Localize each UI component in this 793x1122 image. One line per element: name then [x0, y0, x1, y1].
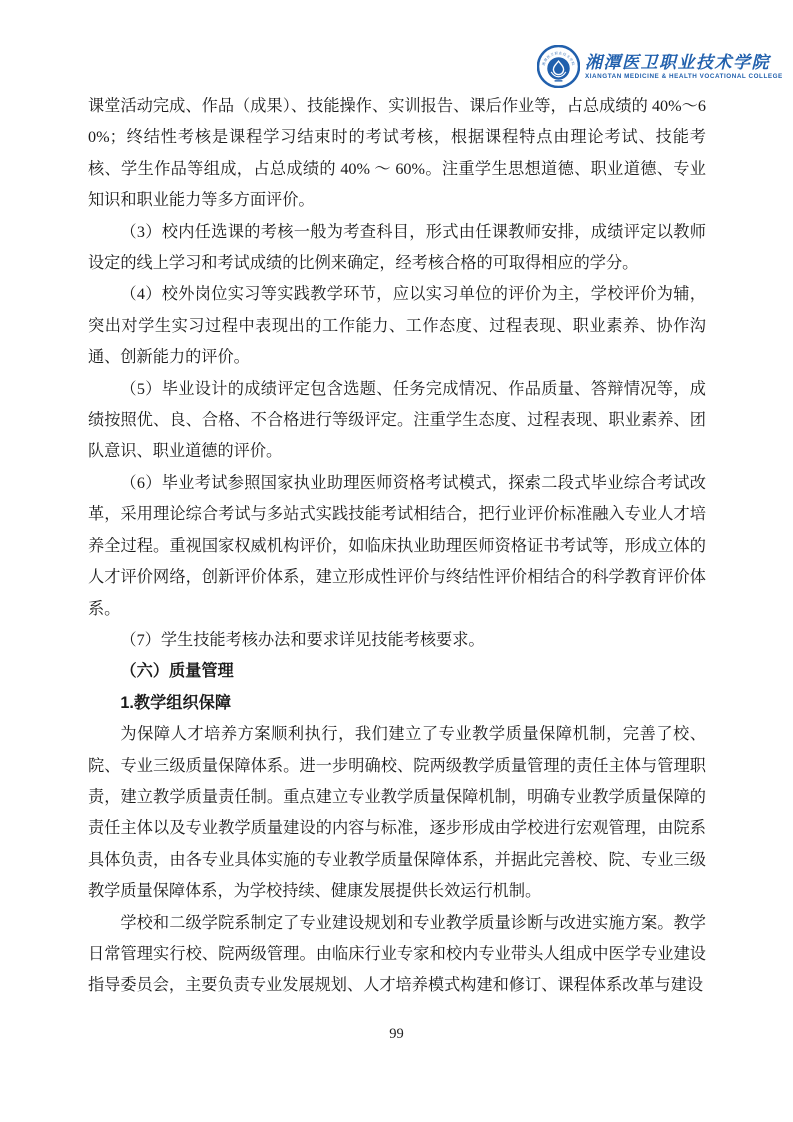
document-body: 课堂活动完成、作品（成果）、技能操作、实训报告、课后作业等，占总成绩的 40%～…	[88, 91, 706, 1002]
paragraph: （6）毕业考试参照国家执业助理医师资格考试模式，探索二段式毕业综合考试改革，采用…	[88, 468, 706, 625]
college-name-english: XIANGTAN MEDICINE & HEALTH VOCATIONAL CO…	[585, 73, 783, 80]
paragraph: （5）毕业设计的成绩评定包含选题、任务完成情况、作品质量、答辩情况等，成绩按照优…	[88, 374, 706, 468]
college-emblem-icon: 湘潭医卫职业技术学院	[537, 45, 580, 88]
college-name-calligraphy: 湘潭医卫职业技术学院	[585, 53, 783, 72]
paragraph: 学校和二级学院系制定了专业建设规划和专业教学质量诊断与改进实施方案。教学日常管理…	[88, 908, 706, 1002]
paragraph: （4）校外岗位实习等实践教学环节，应以实习单位的评价为主，学校评价为辅，突出对学…	[88, 279, 706, 373]
college-logo: 湘潭医卫职业技术学院 湘潭医卫职业技术学院 XIANGTAN MEDICINE …	[537, 45, 783, 88]
page-number: 99	[0, 1026, 793, 1043]
section-heading1: （六）质量管理	[88, 656, 706, 687]
paragraph: 课堂活动完成、作品（成果）、技能操作、实训报告、课后作业等，占总成绩的 40%～…	[88, 91, 706, 217]
paragraph: （7）学生技能考核办法和要求详见技能考核要求。	[88, 625, 706, 656]
paragraph: 为保障人才培养方案顺利执行，我们建立了专业教学质量保障机制，完善了校、院、专业三…	[88, 719, 706, 907]
document-page: 湘潭医卫职业技术学院 湘潭医卫职业技术学院 XIANGTAN MEDICINE …	[0, 0, 793, 1122]
paragraph: （3）校内任选课的考核一般为考查科目，形式由任课教师安排，成绩评定以教师设定的线…	[88, 217, 706, 280]
section-heading2: 1.教学组织保障	[88, 688, 706, 719]
college-logo-text: 湘潭医卫职业技术学院 XIANGTAN MEDICINE & HEALTH VO…	[585, 53, 783, 81]
